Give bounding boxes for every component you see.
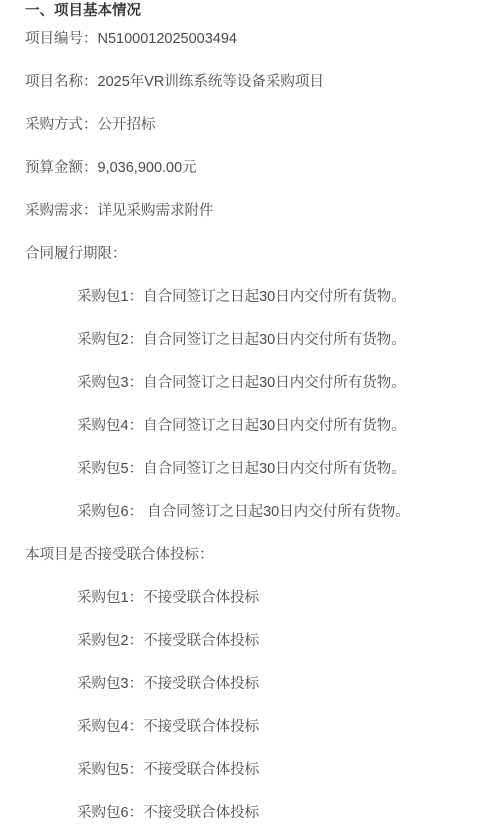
field-project-number-label: 项目编号： (25, 31, 98, 47)
section-heading: 一、项目基本情况 (25, 1, 493, 21)
package-label: 采购包4： (77, 719, 143, 735)
contract-period-heading: 合同履行期限： (25, 244, 493, 264)
field-procurement-requirements-label: 采购需求： (25, 203, 98, 219)
package-value: 自合同签订之日起30日内交付所有货物。 (143, 418, 406, 434)
field-budget-amount-value: 9,036,900.00元 (98, 160, 197, 176)
joint-bidding-package-4: 采购包4：不接受联合体投标 (25, 717, 493, 737)
field-procurement-method: 采购方式：公开招标 (25, 115, 493, 135)
joint-bidding-package-1: 采购包1：不接受联合体投标 (25, 588, 493, 608)
field-project-name: 项目名称：2025年VR训练系统等设备采购项目 (25, 72, 493, 92)
joint-bidding-package-2: 采购包2：不接受联合体投标 (25, 631, 493, 651)
field-procurement-method-label: 采购方式： (25, 117, 98, 133)
contract-period-package-2: 采购包2：自合同签订之日起30日内交付所有货物。 (25, 330, 493, 350)
contract-period-package-1: 采购包1：自合同签订之日起30日内交付所有货物。 (25, 287, 493, 307)
package-label: 采购包3： (77, 375, 143, 391)
package-value: 自合同签订之日起30日内交付所有货物。 (143, 504, 410, 520)
joint-bidding-package-6: 采购包6：不接受联合体投标 (25, 803, 493, 823)
package-value: 自合同签订之日起30日内交付所有货物。 (143, 332, 406, 348)
package-label: 采购包1： (77, 590, 143, 606)
package-value: 不接受联合体投标 (143, 590, 259, 606)
package-label: 采购包2： (77, 633, 143, 649)
package-label: 采购包1： (77, 289, 143, 305)
field-procurement-requirements-value: 详见采购需求附件 (98, 203, 214, 219)
field-budget-amount: 预算金额：9,036,900.00元 (25, 158, 493, 178)
package-label: 采购包6： (77, 504, 143, 520)
contract-period-package-4: 采购包4：自合同签订之日起30日内交付所有货物。 (25, 416, 493, 436)
package-value: 不接受联合体投标 (143, 676, 259, 692)
package-value: 不接受联合体投标 (143, 805, 259, 821)
package-label: 采购包5： (77, 762, 143, 778)
package-value: 不接受联合体投标 (143, 762, 259, 778)
joint-bidding-package-3: 采购包3：不接受联合体投标 (25, 674, 493, 694)
field-budget-amount-label: 预算金额： (25, 160, 98, 176)
package-label: 采购包2： (77, 332, 143, 348)
field-procurement-method-value: 公开招标 (98, 117, 156, 133)
field-project-name-label: 项目名称： (25, 74, 98, 90)
procurement-notice-document: 一、项目基本情况 项目编号：N5100012025003494 项目名称：202… (0, 1, 501, 823)
package-label: 采购包4： (77, 418, 143, 434)
contract-period-package-5: 采购包5：自合同签订之日起30日内交付所有货物。 (25, 459, 493, 479)
field-project-name-value: 2025年VR训练系统等设备采购项目 (98, 74, 324, 90)
contract-period-package-3: 采购包3：自合同签订之日起30日内交付所有货物。 (25, 373, 493, 393)
package-value: 自合同签订之日起30日内交付所有货物。 (143, 375, 406, 391)
field-project-number-value: N5100012025003494 (98, 31, 238, 47)
package-label: 采购包6： (77, 805, 143, 821)
contract-period-package-6: 采购包6： 自合同签订之日起30日内交付所有货物。 (25, 502, 493, 522)
field-project-number: 项目编号：N5100012025003494 (25, 29, 493, 49)
package-value: 自合同签订之日起30日内交付所有货物。 (143, 461, 406, 477)
field-procurement-requirements: 采购需求：详见采购需求附件 (25, 201, 493, 221)
joint-bidding-package-5: 采购包5：不接受联合体投标 (25, 760, 493, 780)
package-value: 自合同签订之日起30日内交付所有货物。 (143, 289, 406, 305)
package-value: 不接受联合体投标 (143, 633, 259, 649)
package-label: 采购包5： (77, 461, 143, 477)
package-value: 不接受联合体投标 (143, 719, 259, 735)
package-label: 采购包3： (77, 676, 143, 692)
joint-bidding-heading: 本项目是否接受联合体投标： (25, 545, 493, 565)
